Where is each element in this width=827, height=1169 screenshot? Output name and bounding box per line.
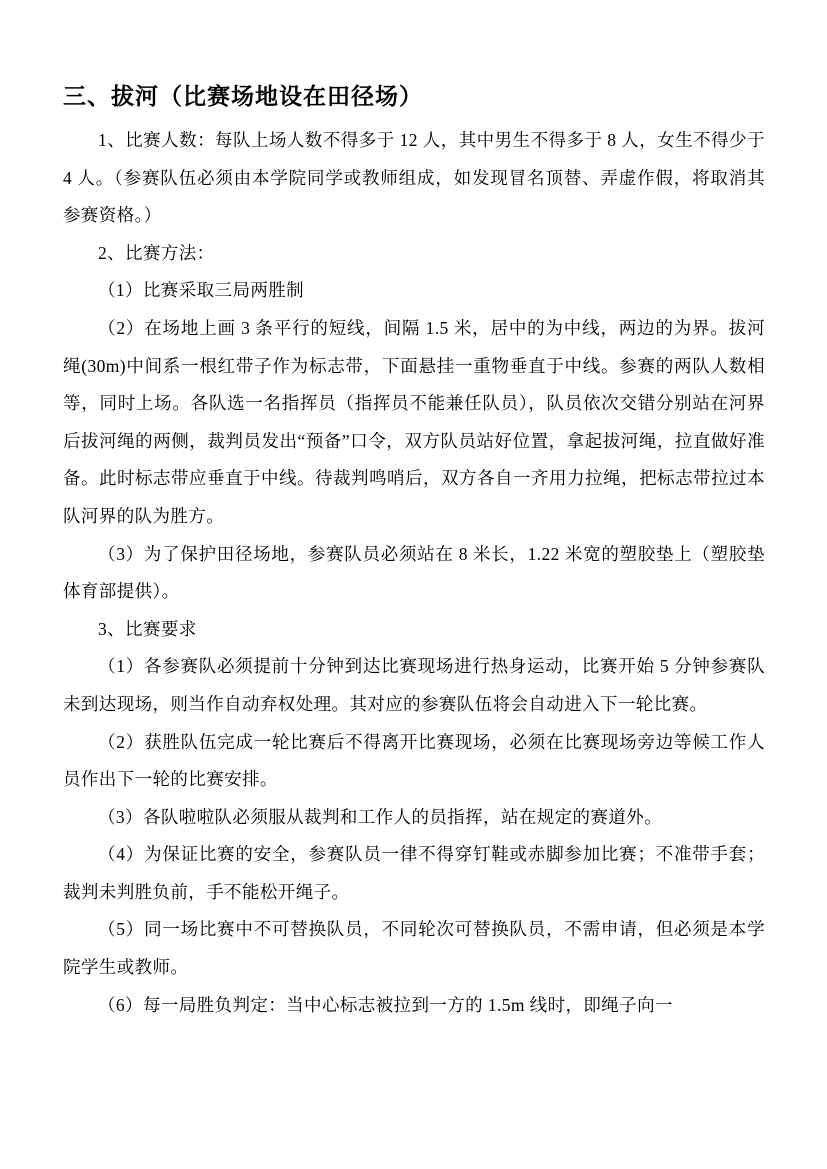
paragraph-requirement-item-2: （2）获胜队伍完成一轮比赛后不得离开比赛现场，必须在比赛现场旁边等候工作人员作出… bbox=[63, 724, 765, 799]
paragraph-method-item-2: （2）在场地上画 3 条平行的短线，间隔 1.5 米，居中的为中线，两边的为界。… bbox=[63, 310, 765, 536]
paragraph-requirement-item-3: （3）各队啦啦队必须服从裁判和工作人的员指挥，站在规定的赛道外。 bbox=[63, 799, 765, 837]
paragraph-requirement-item-6: （6）每一局胜负判定：当中心标志被拉到一方的 1.5m 线时，即绳子向一 bbox=[63, 987, 765, 1025]
paragraph-method-item-3: （3）为了保护田径场地，参赛队员必须站在 8 米长，1.22 米宽的塑胶垫上（塑… bbox=[63, 536, 765, 611]
document-body: 1、比赛人数：每队上场人数不得多于 12 人，其中男生不得多于 8 人，女生不得… bbox=[63, 122, 765, 1024]
paragraph-requirement-item-4: （4）为保证比赛的安全，参赛队员一律不得穿钉鞋或赤脚参加比赛；不准带手套；裁判未… bbox=[63, 836, 765, 911]
paragraph-requirement-item-5: （5）同一场比赛中不可替换队员，不同轮次可替换队员，不需申请，但必须是本学院学生… bbox=[63, 911, 765, 986]
document-page: 三、拔河（比赛场地设在田径场） 1、比赛人数：每队上场人数不得多于 12 人，其… bbox=[0, 0, 827, 1169]
paragraph-method-item-1: （1）比赛采取三局两胜制 bbox=[63, 272, 765, 310]
paragraph-requirements-heading: 3、比赛要求 bbox=[63, 611, 765, 649]
paragraph-method-heading: 2、比赛方法： bbox=[63, 235, 765, 273]
paragraph-competition-headcount: 1、比赛人数：每队上场人数不得多于 12 人，其中男生不得多于 8 人，女生不得… bbox=[63, 122, 765, 235]
document-title: 三、拔河（比赛场地设在田径场） bbox=[63, 80, 765, 112]
paragraph-requirement-item-1: （1）各参赛队必须提前十分钟到达比赛现场进行热身运动，比赛开始 5 分钟参赛队未… bbox=[63, 648, 765, 723]
